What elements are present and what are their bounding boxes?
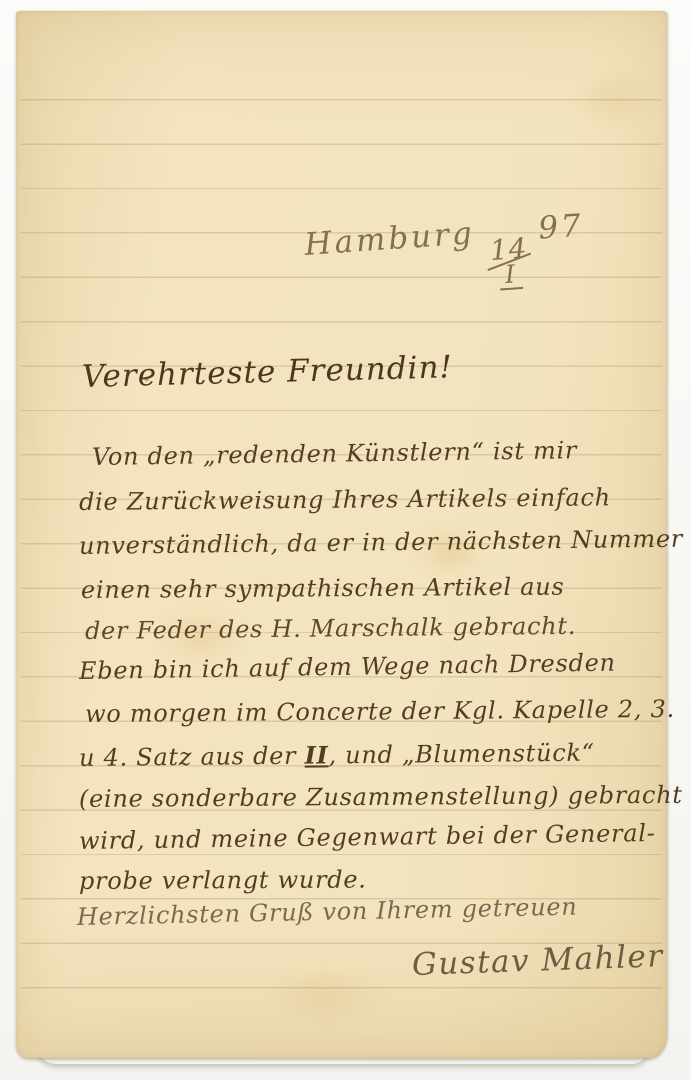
dateline-year: 97: [537, 208, 585, 247]
body-line: wo morgen im Concerte der Kgl. Kapelle 2…: [85, 695, 675, 728]
body-line: unverständlich, da er in der nächsten Nu…: [79, 525, 683, 560]
body-line: der Feder des H. Marschalk gebracht.: [85, 612, 576, 645]
stain: [264, 967, 386, 1025]
salutation-line: Verehrteste Freundin!: [82, 349, 454, 395]
dateline: Hamburg14I97: [303, 208, 588, 304]
body-line: Eben bin ich auf dem Wege nach Dresden: [79, 649, 616, 685]
body-line-segment: u 4. Satz aus der: [79, 742, 305, 772]
body-line: Von den „redenden Künstlern“ ist mir: [92, 436, 578, 471]
photo-background: Hamburg14I97 Verehrteste Freundin! Von d…: [0, 0, 691, 1080]
stain: [572, 69, 656, 131]
body-line: einen sehr sympathischen Artikel aus: [81, 573, 565, 604]
dateline-city: Hamburg: [303, 215, 475, 263]
signature: Gustav Mahler: [411, 938, 664, 983]
date-fraction: 14I: [485, 234, 535, 291]
body-line: die Zurückweisung Ihres Artikels einfach: [79, 483, 611, 516]
body-line-segment: , und „Blumenstück“: [328, 739, 594, 770]
symphony-numeral-underlined: II: [304, 740, 328, 769]
body-line: u 4. Satz aus der II, und „Blumenstück“: [79, 738, 595, 772]
closing-line: Herzlichsten Gruß von Ihrem getreuen: [77, 893, 578, 931]
body-line: (eine sonderbare Zusammenstellung) gebra…: [79, 781, 683, 813]
letter-paper: Hamburg14I97 Verehrteste Freundin! Von d…: [16, 11, 667, 1058]
body-line: wird, und meine Gegenwart bei der Genera…: [79, 819, 656, 855]
body-line: probe verlangt wurde.: [79, 865, 367, 895]
